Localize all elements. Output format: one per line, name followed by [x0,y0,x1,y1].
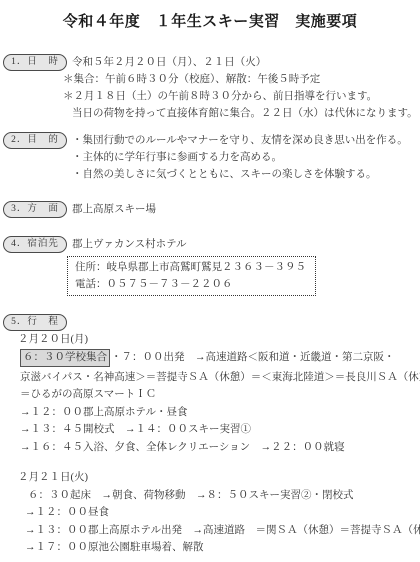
datetime-note: ＊２月１８日（土）の午前８時３０分から、前日指導を行います。 [63,88,420,105]
section-label-datetime: 1．日 時 [3,54,67,71]
day1-line-departure-rest: ・７：００出発 →高速道路＜阪和道・近畿道・第二京阪・ [111,352,395,363]
day2-line-return: →１３：００郡上高原ホテル出発 →高速道路 ＝関ＳＡ（休憩）＝菩提寺ＳＡ（休憩） [25,522,420,540]
section-label-purpose: 2．目 的 [3,132,67,149]
destination-value: 郡上高原スキー場 [72,201,420,218]
section-datetime-body: 令和５年２月２０日（月）、２１日（火） ＊集合：午前６時３０分（校庭）、解散：午… [72,54,420,122]
day1-line-evening: →１６：４５入浴、夕食、全体レクリエーション →２２：００就寝 [20,439,420,457]
itinerary-day2: ２月２１日(火) ６：３０起床 →朝食、荷物移動 →８：５０スキー実習②・閉校式… [18,469,420,557]
purpose-item: ・主体的に学年行事に参画する力を高める。 [72,149,420,166]
page-title: 令和４年度 １年生スキー実習 実施要項 [0,0,420,31]
lodging-name: 郡上ヴァカンス村ホテル [72,236,420,253]
section-lodging: 4．宿泊先 郡上ヴァカンス村ホテル 住所：岐阜県郡上市高鷲町鷲見２３６３－３９５… [3,236,420,296]
day1-line-route: 京滋バイパス・名神高速＞＝菩提寺ＳＡ（休憩）＝＜東海北陸道＞＝長良川ＳＡ（休憩） [20,369,420,387]
section-purpose-body: ・集団行動でのルールやマナーを守り、友情を深め良き思い出を作る。 ・主体的に学年… [72,132,420,183]
datetime-line: 令和５年２月２０日（月）、２１日（火） [72,54,420,71]
datetime-note: ＊集合：午前６時３０分（校庭）、解散：午後５時予定 [63,71,420,88]
section-destination-body: 郡上高原スキー場 [72,201,420,218]
itinerary-day1: ２月２０日(月) ６：３０学校集合・７：００出発 →高速道路＜阪和道・近畿道・第… [18,331,420,456]
section-label-lodging: 4．宿泊先 [3,236,67,253]
section-label-destination: 3．方 面 [3,201,67,218]
section-lodging-body: 郡上ヴァカンス村ホテル 住所：岐阜県郡上市高鷲町鷲見２３６３－３９５ 電話：０５… [72,236,420,296]
day2-line-arrival: →１７：００原池公園駐車場着、解散 [25,539,420,557]
section-purpose: 2．目 的 ・集団行動でのルールやマナーを守り、友情を深め良き思い出を作る。 ・… [3,132,420,183]
day2-date: ２月２１日(火) [18,469,420,487]
day1-line-ic: ＝ひるがの高原スマートＩＣ [20,386,420,404]
section-itinerary: 5．行 程 [3,314,420,331]
day1-date: ２月２０日(月) [18,331,420,349]
section-label-itinerary: 5．行 程 [3,314,67,331]
lodging-contact-box: 住所：岐阜県郡上市高鷲町鷲見２３６３－３９５ 電話：０５７５－７３－２２０６ [67,256,316,296]
lodging-address: 住所：岐阜県郡上市高鷲町鷲見２３６３－３９５ [75,259,306,276]
day2-line-lunch: →１２：００昼食 [25,504,420,522]
day1-line-lunch: →１２：００郡上高原ホテル・昼食 [20,404,420,422]
section-datetime: 1．日 時 令和５年２月２０日（月）、２１日（火） ＊集合：午前６時３０分（校庭… [3,54,420,122]
day1-line-departure: ６：３０学校集合・７：００出発 →高速道路＜阪和道・近畿道・第二京阪・ [20,349,420,369]
lodging-phone: 電話：０５７５－７３－２２０６ [75,276,306,293]
itinerary-body: ２月２０日(月) ６：３０学校集合・７：００出発 →高速道路＜阪和道・近畿道・第… [18,331,420,557]
document-page: 令和４年度 １年生スキー実習 実施要項 1．日 時 令和５年２月２０日（月）、２… [0,0,420,562]
day2-line-morning: ６：３０起床 →朝食、荷物移動 →８：５０スキー実習②・閉校式 [28,487,420,505]
purpose-item: ・集団行動でのルールやマナーを守り、友情を深め良き思い出を作る。 [72,132,420,149]
section-destination: 3．方 面 郡上高原スキー場 [3,201,420,218]
purpose-item: ・自然の美しさに気づくとともに、スキーの楽しさを体験する。 [72,166,420,183]
datetime-note: 当日の荷物を持って直接体育館に集合。２２日（水）は代休になります。 [72,105,420,122]
day1-line-ceremony: →１３：４５開校式 →１４：００スキー実習① [20,421,420,439]
day1-meet-highlight: ６：３０学校集合 [20,349,110,367]
